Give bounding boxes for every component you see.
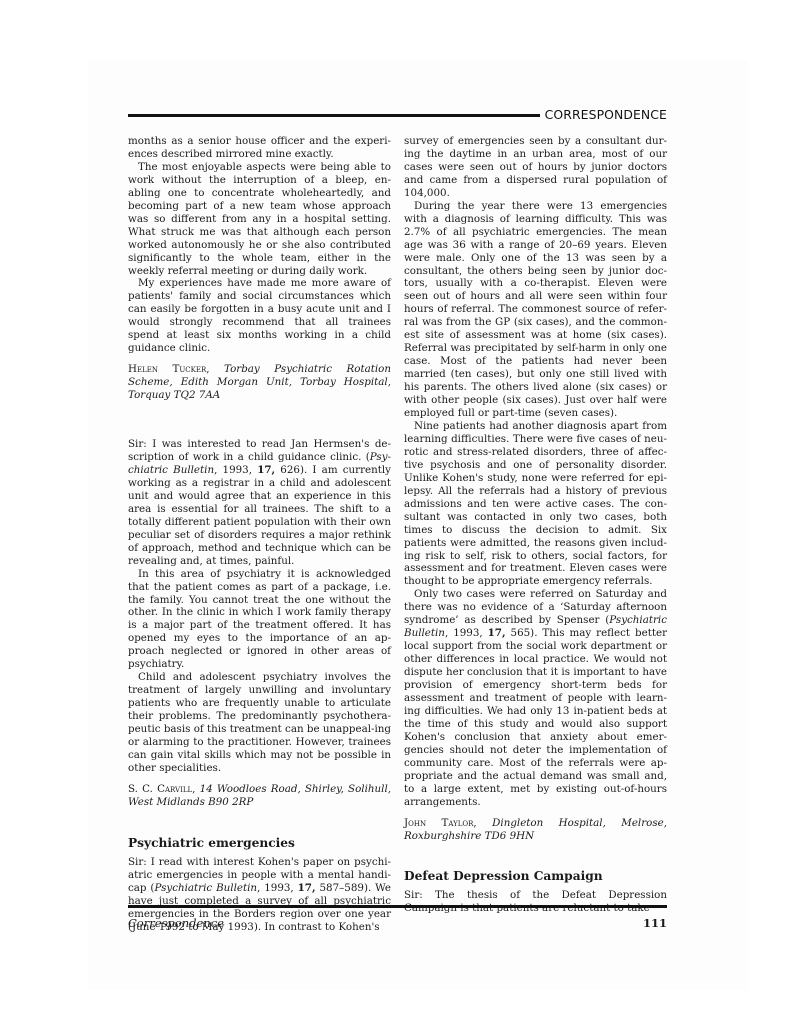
paragraph: Sir: The thesis of the Defeat Depression…	[404, 889, 667, 915]
text: , 1993,	[214, 464, 257, 476]
text: Sir: I was interested to read Jan Hermse…	[128, 438, 391, 463]
letter-signature: Helen Tucker, Torbay Psychiatric Rotatio…	[128, 363, 391, 402]
paragraph: Sir: I was interested to read Jan Hermse…	[128, 438, 391, 568]
footer-section-name: Correspondence	[128, 916, 224, 930]
page-footer: Correspondence 111	[128, 916, 667, 932]
journal-title: Psychiatric Bulletin	[154, 882, 257, 894]
paragraph: In this area of psychiatry it is acknowl…	[128, 568, 391, 672]
spacer	[128, 809, 391, 836]
paragraph: survey of emergencies seen by a consulta…	[404, 135, 667, 200]
running-head-label: CORRESPONDENCE	[545, 107, 667, 122]
letter-signature: S. C. Carvill, 14 Woodloes Road, Shirley…	[128, 783, 391, 809]
author-name: Helen Tucker,	[128, 363, 210, 375]
text: 565). This may reflect better local supp…	[404, 627, 667, 807]
spacer	[404, 842, 667, 869]
text: 626). I am currently working as a regist…	[128, 464, 391, 567]
paragraph: Only two cases were referred on Saturday…	[404, 588, 667, 808]
author-name: S. C. Carvill,	[128, 783, 195, 795]
text: , 1993,	[445, 627, 488, 639]
paragraph: My experiences have made me more aware o…	[128, 277, 391, 355]
volume-number: 17,	[298, 882, 316, 894]
paragraph: Child and adolescent psychiatry involves…	[128, 671, 391, 775]
paragraph: months as a senior house officer and the…	[128, 135, 391, 161]
left-column: months as a senior house officer and the…	[128, 135, 391, 933]
section-heading: Psychiatric emergencies	[128, 836, 391, 850]
page-number: 111	[643, 916, 667, 930]
right-column: survey of emergencies seen by a consulta…	[404, 135, 667, 915]
section-heading: Defeat Depression Campaign	[404, 869, 667, 883]
volume-number: 17,	[488, 627, 506, 639]
author-name: John Taylor,	[404, 817, 477, 829]
running-header: CORRESPONDENCE	[128, 107, 667, 123]
letter-signature: John Taylor, Dingleton Hospital, Melrose…	[404, 817, 667, 843]
volume-number: 17,	[257, 464, 275, 476]
spacer	[128, 402, 391, 438]
header-rule	[128, 114, 540, 117]
paragraph: The most enjoyable aspects were being ab…	[128, 161, 391, 278]
text: , 1993,	[257, 882, 298, 894]
footer-rule	[128, 905, 667, 908]
paragraph: During the year there were 13 emergencie…	[404, 200, 667, 420]
paragraph: Nine patients had another diagnosis apar…	[404, 420, 667, 588]
